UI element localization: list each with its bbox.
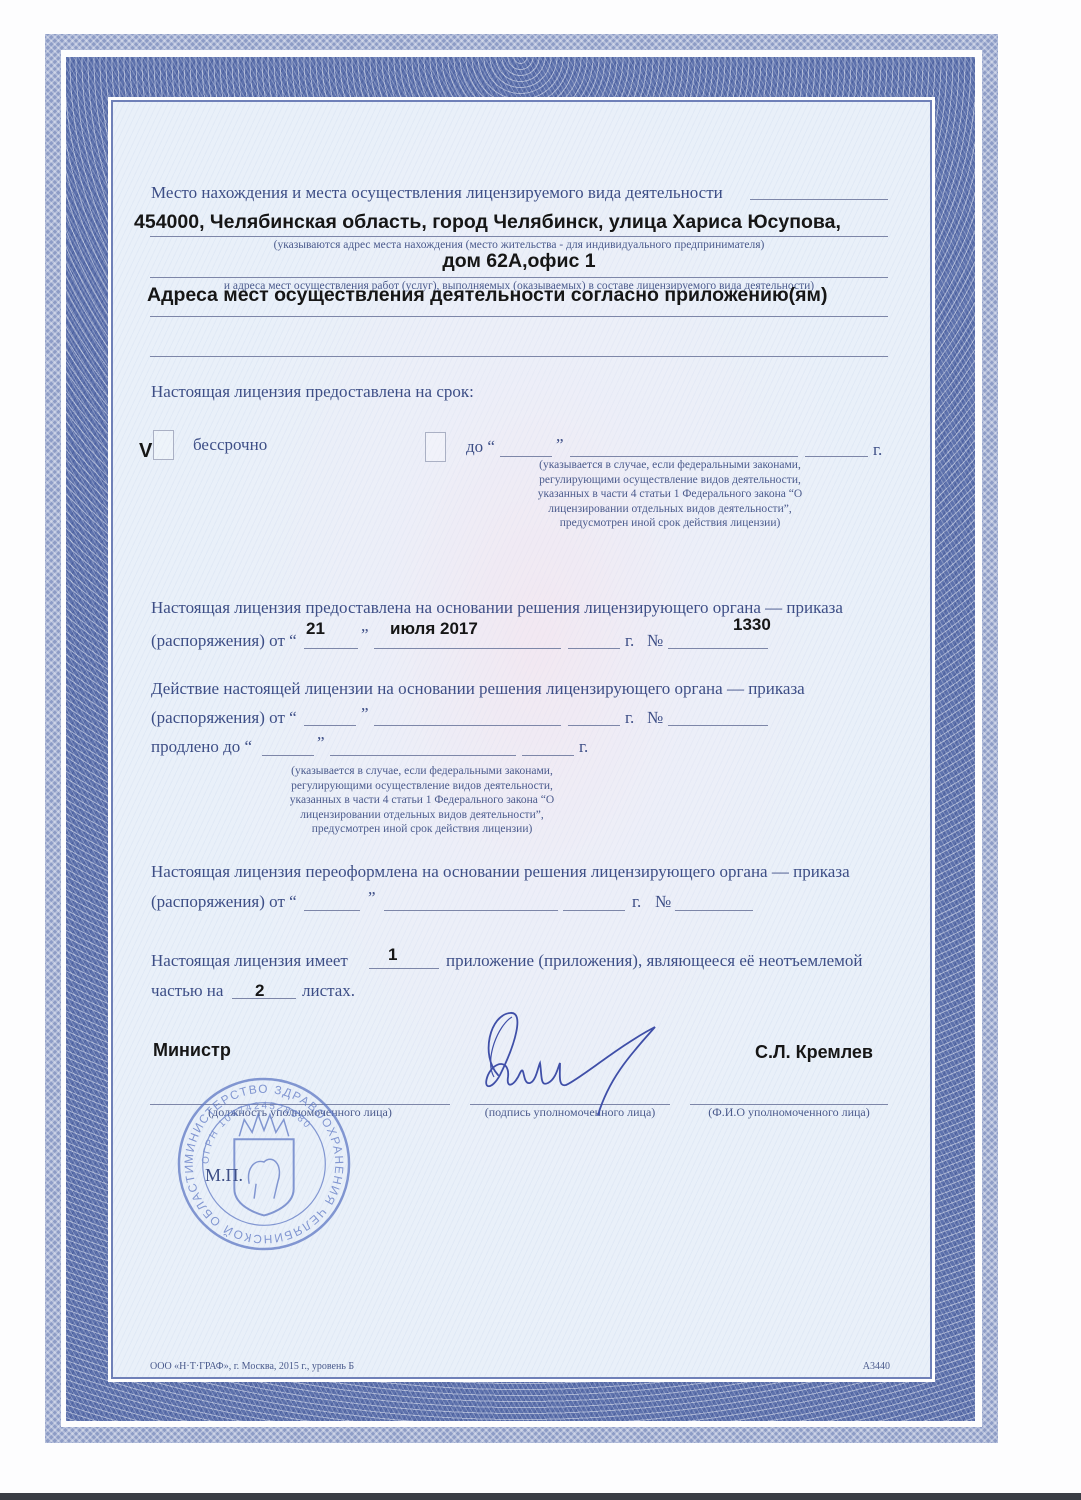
appendix-sheets: 2 (255, 981, 264, 1001)
granted-number: 1330 (733, 615, 771, 635)
checkbox-until[interactable] (425, 432, 446, 462)
rule (150, 277, 888, 278)
rule (330, 755, 516, 756)
extended-text-2: (распоряжения) от “ (151, 708, 297, 728)
appendix-count: 1 (388, 945, 397, 965)
signer-position: Министр (153, 1040, 231, 1061)
reissued-text-1: Настоящая лицензия переоформлена на осно… (151, 862, 850, 882)
rule (150, 236, 888, 237)
appendix-text-suffix: листах. (302, 981, 355, 1001)
until-day-field[interactable] (500, 456, 552, 457)
extended-until: продлено до “ (151, 737, 252, 757)
signature-mark (470, 1005, 670, 1125)
printer-info: ООО «Н·Т·ГРАФ», г. Москва, 2015 г., уров… (150, 1360, 354, 1375)
rule (668, 648, 768, 649)
rule (568, 725, 620, 726)
rule (568, 648, 620, 649)
rule (563, 910, 625, 911)
rule (150, 316, 888, 317)
address-line-1: 454000, Челябинская область, город Челяб… (134, 211, 841, 234)
number-label: № (647, 708, 663, 728)
rule (369, 968, 439, 969)
rule (522, 755, 574, 756)
number-label: № (647, 631, 663, 651)
checkbox-unlimited[interactable] (153, 430, 174, 460)
places-value: Адреса мест осуществления деятельности с… (147, 284, 827, 307)
scan-edge (0, 1493, 1081, 1500)
until-month-field[interactable] (570, 456, 798, 457)
granted-day: 21 (306, 619, 325, 639)
official-stamp: МИНИСТЕРСТВО ЗДРАВООХРАНЕНИЯ ЧЕЛЯБИНСКОЙ… (175, 1075, 353, 1253)
appendix-text-line2: частью на (151, 981, 223, 1001)
quote-close: ” (361, 625, 369, 645)
year-suffix: г. (625, 631, 634, 651)
caption-extended: (указывается в случае, если федеральными… (272, 764, 572, 837)
rule (668, 725, 768, 726)
quote-close: ” (368, 888, 376, 908)
caption-term: (указывается в случае, если федеральными… (520, 458, 820, 531)
extended-text-1: Действие настоящей лицензии на основании… (151, 679, 805, 699)
signer-name: С.Л. Кремлев (755, 1042, 873, 1063)
quote-close: ” (556, 435, 564, 455)
appendix-text-prefix: Настоящая лицензия имеет (151, 951, 348, 971)
year-suffix: г. (579, 737, 588, 757)
year-suffix: г. (873, 440, 882, 460)
rule (750, 199, 888, 200)
quote-close: ” (317, 733, 325, 753)
number-label: № (655, 892, 671, 912)
label-unlimited: бессрочно (193, 435, 267, 455)
rule (374, 648, 561, 649)
rule (304, 725, 356, 726)
location-heading: Место нахождения и места осуществления л… (151, 183, 723, 203)
quote-close: ” (361, 704, 369, 724)
year-suffix: г. (625, 708, 634, 728)
reissued-text-2: (распоряжения) от “ (151, 892, 297, 912)
until-year-field[interactable] (805, 456, 868, 457)
form-code: А3440 (860, 1360, 890, 1375)
term-heading: Настоящая лицензия предоставлена на срок… (151, 382, 474, 402)
caption-name: (Ф.И.О уполномоченного лица) (690, 1105, 888, 1120)
appendix-text-middle: приложение (приложения), являющееся её н… (446, 951, 862, 971)
checkbox-mark: V (139, 440, 152, 463)
seal-label: М.П. (205, 1165, 243, 1186)
year-suffix: г. (632, 892, 641, 912)
rule (384, 910, 558, 911)
rule (304, 648, 358, 649)
address-line-2: дом 62А,офис 1 (150, 250, 888, 273)
rule (262, 755, 314, 756)
rule (150, 356, 888, 357)
rule (675, 910, 753, 911)
rule (374, 725, 561, 726)
label-until: до “ (466, 437, 495, 457)
granted-month-year: июля 2017 (390, 619, 478, 639)
rule (304, 910, 360, 911)
granted-text-2: (распоряжения) от “ (151, 631, 297, 651)
